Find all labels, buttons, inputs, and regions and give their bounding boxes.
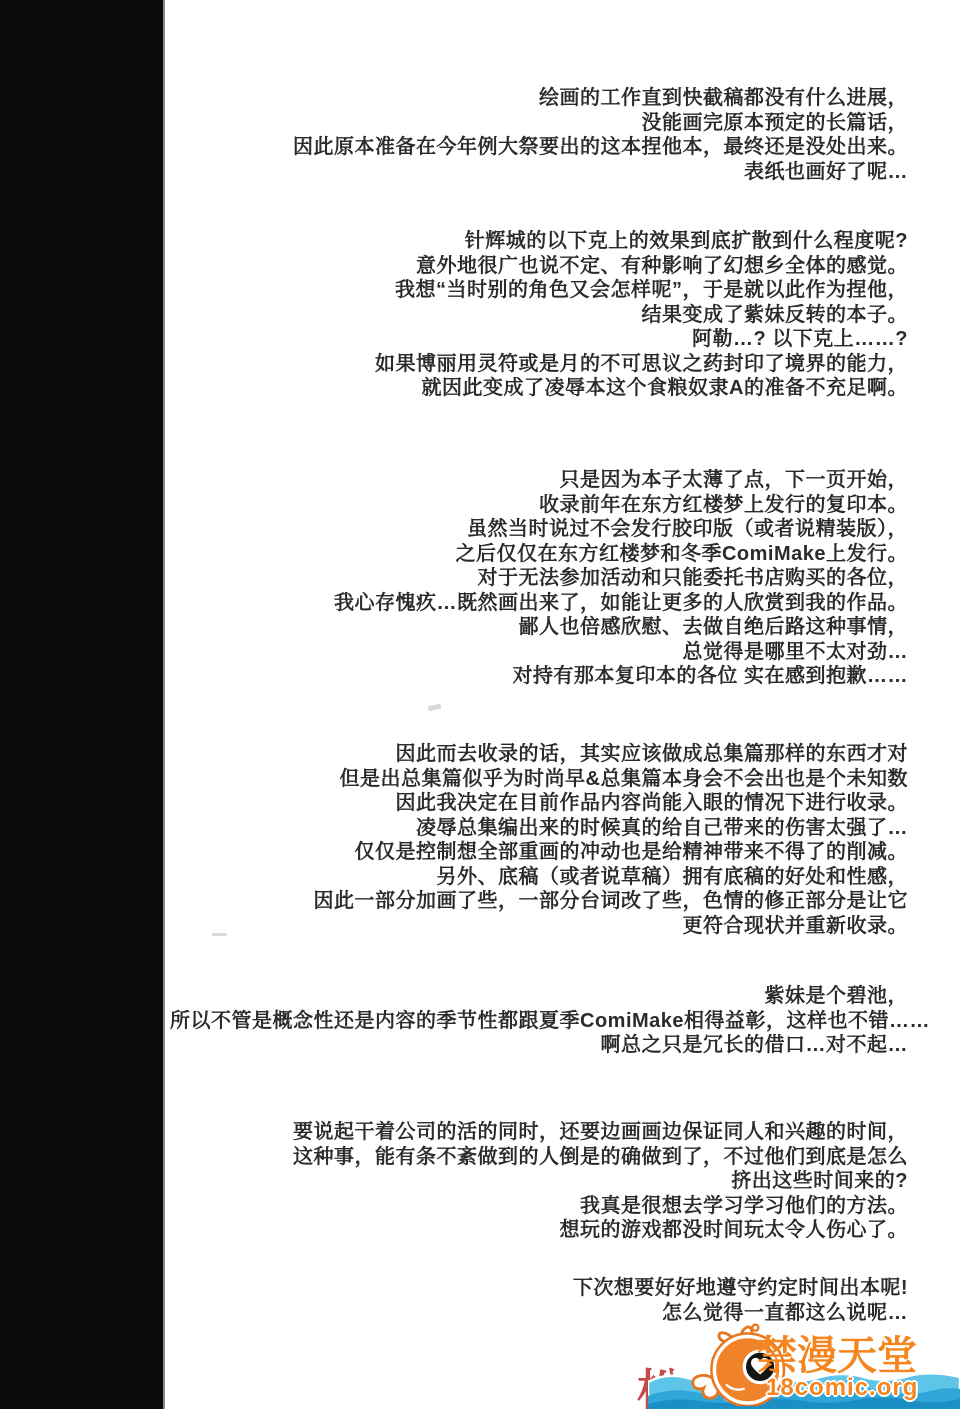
text-line: 要说起干着公司的活的同时，还要边画画边保证同人和兴趣的时间， [170, 1120, 908, 1145]
paragraph-1: 绘画的工作直到快截稿都没有什么进展，没能画完原本预定的长篇话，因此原本准备在今年… [170, 86, 908, 184]
text-line: 绘画的工作直到快截稿都没有什么进展， [170, 86, 908, 111]
text-line: 表纸也画好了呢… [170, 160, 908, 185]
text-line: 所以不管是概念性还是内容的季节性都跟夏季ComiMake相得益彰，这样也不错…… [170, 1009, 908, 1034]
text-line: 我真是很想去学习学习他们的方法。 [170, 1194, 908, 1219]
text-line: 只是因为本子太薄了点，下一页开始， [170, 468, 908, 493]
text-line: 收录前年在东方红楼梦上发行的复印本。 [170, 493, 908, 518]
text-line: 对于无法参加活动和只能委托书店购买的各位， [170, 566, 908, 591]
text-line: 我想“当时别的角色又会怎样呢”，于是就以此作为捏他， [170, 278, 908, 303]
text-line: 但是出总集篇似乎为时尚早&总集篇本身会不会出也是个未知数 [170, 767, 908, 792]
text-line: 因此而去收录的话，其实应该做成总集篇那样的东西才对 [170, 742, 908, 767]
paragraph-5: 紫妹是个碧池，所以不管是概念性还是内容的季节性都跟夏季ComiMake相得益彰，… [170, 984, 908, 1058]
text-line: 凌辱总集编出来的时候真的给自己带来的伤害太强了… [170, 816, 908, 841]
paragraph-6: 要说起干着公司的活的同时，还要边画画边保证同人和兴趣的时间，这种事，能有条不紊做… [170, 1120, 908, 1243]
text-line: 想玩的游戏都没时间玩太令人伤心了。 [170, 1218, 908, 1243]
text-line: 鄙人也倍感欣慰、去做自绝后路这种事情， [170, 615, 908, 640]
text-line: 挤出这些时间来的? [170, 1169, 908, 1194]
watermark-site-url: 18comic.org [766, 1376, 918, 1400]
scan-smudge [428, 704, 442, 712]
text-line: 啊总之只是冗长的借口…对不起… [170, 1033, 908, 1058]
paragraph-3: 只是因为本子太薄了点，下一页开始，收录前年在东方红楼梦上发行的复印本。虽然当时说… [170, 468, 908, 689]
scan-smudge [212, 933, 227, 936]
text-line: 因此原本准备在今年例大祭要出的这本捏他本，最终还是没处出来。 [170, 135, 908, 160]
text-line: 这种事，能有条不紊做到的人倒是的确做到了，不过他们到底是怎么 [170, 1145, 908, 1170]
paragraph-4: 因此而去收录的话，其实应该做成总集篇那样的东西才对但是出总集篇似乎为时尚早&总集… [170, 742, 908, 938]
text-line: 如果博丽用灵符或是月的不可思议之药封印了境界的能力， [170, 352, 908, 377]
text-line: 怎么觉得一直都这么说呢… [170, 1301, 908, 1326]
text-line: 结果变成了紫妹反转的本子。 [170, 303, 908, 328]
text-line: 下次想要好好地遵守约定时间出本呢! [170, 1276, 908, 1301]
text-line: 总觉得是哪里不太对劲… [170, 640, 908, 665]
scanned-afterword-page: { "page": { "background": "#ffffff", "le… [0, 0, 960, 1409]
text-line: 意外地很广也说不定、有种影响了幻想乡全体的感觉。 [170, 254, 908, 279]
text-line: 因此一部分加画了些，一部分台词改了些，色情的修正部分是让它 [170, 889, 908, 914]
watermark-site-name: 禁漫天堂 [757, 1336, 917, 1376]
text-line: 就因此变成了凌辱本这个食粮奴隶A的准备不充足啊。 [170, 376, 908, 401]
paragraph-7: 下次想要好好地遵守约定时间出本呢!怎么觉得一直都这么说呢… [170, 1276, 908, 1325]
text-line: 另外、底稿（或者说草稿）拥有底稿的好处和性感， [170, 865, 908, 890]
text-line: 针辉城的以下克上的效果到底扩散到什么程度呢? [170, 229, 908, 254]
text-line: 没能画完原本预定的长篇话， [170, 111, 908, 136]
text-line: 之后仅仅在东方红楼梦和冬季ComiMake上发行。 [170, 542, 908, 567]
text-line: 因此我决定在目前作品内容尚能入眼的情况下进行收录。 [170, 791, 908, 816]
text-line: 我心存愧疚…既然画出来了，如能让更多的人欣赏到我的作品。 [170, 591, 908, 616]
text-line: 仅仅是控制想全部重画的冲动也是给精神带来不得了的削减。 [170, 840, 908, 865]
text-line: 对持有那本复印本的各位 实在感到抱歉…… [170, 664, 908, 689]
text-line: 阿勒…? 以下克上……? [170, 327, 908, 352]
page-binding-black-bar [0, 0, 165, 1409]
text-line: 紫妹是个碧池， [170, 984, 908, 1009]
text-line: 更符合现状并重新收录。 [170, 914, 908, 939]
text-line: 虽然当时说过不会发行胶印版（或者说精装版）， [170, 517, 908, 542]
paragraph-2: 针辉城的以下克上的效果到底扩散到什么程度呢?意外地很广也说不定、有种影响了幻想乡… [170, 229, 908, 401]
